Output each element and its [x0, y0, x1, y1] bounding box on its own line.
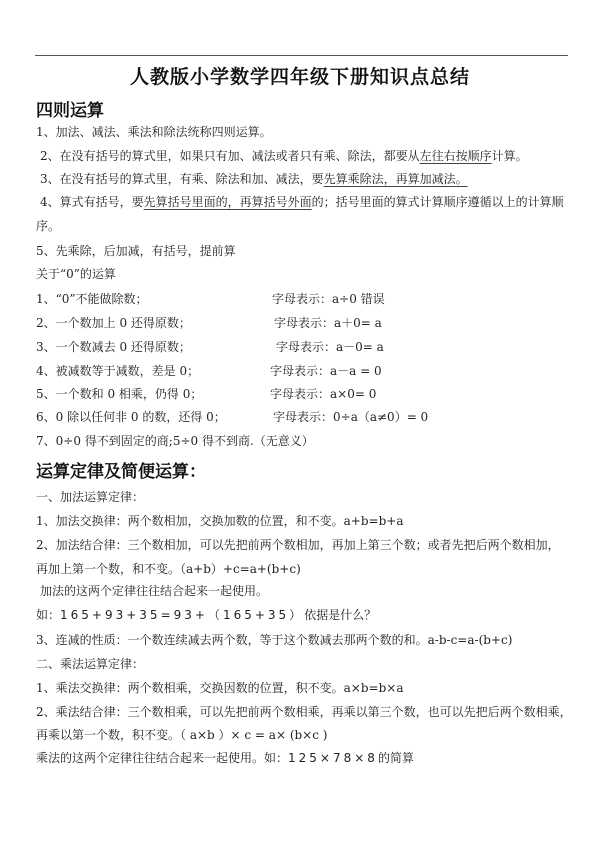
example-expression: 125×78×8 [288, 751, 378, 765]
underlined-text: 先算括号里面的，再算括号外面 [144, 195, 312, 209]
zero-rule: 3、一个数减去 0 还得原数； [36, 339, 191, 355]
list-item-continuation: 序。 [36, 218, 60, 234]
zero-formula: 字母表示：a－a = 0 [270, 363, 382, 379]
zero-note: 7、0÷0 得不到固定的商;5÷0 得不到商.（无意义） [36, 433, 314, 449]
subheading-multiplication: 二、乘法运算定律： [36, 656, 144, 672]
list-item: 2、加法结合律：三个数相加，可以先把前两个数相加，再加上第三个数；或者先把后两个… [36, 537, 560, 553]
example-addition: 如：165+93+35=93+（165+35）依据是什么？ [36, 607, 376, 623]
list-item: 4、算式有括号，要先算括号里面的，再算括号外面的；括号里面的算式计算顺序遵循以上… [40, 194, 564, 210]
list-item-continuation: 再乘以第一个数，积不变。（ a×b ）× c = a× (b×c ) [36, 727, 327, 743]
zero-rule: 4、被减数等于减数，差是 0； [36, 363, 199, 379]
subheading-addition: 一、加法运算定律： [36, 489, 144, 505]
section-heading-laws: 运算定律及简便运算： [36, 457, 206, 482]
list-item: 3、在没有括号的算式里，有乘、除法和加、减法，要先算乘除法，再算加减法。 [40, 171, 468, 187]
list-item: 2、乘法结合律：三个数相乘，可以先把前两个数相乘，再乘以第三个数，也可以先把后两… [36, 704, 572, 720]
list-item: 2、在没有括号的算式里，如果只有加、减法或者只有乘、除法，都要从左往右按顺序计算… [40, 148, 528, 164]
section-heading-four-operations: 四则运算 [36, 96, 104, 121]
zero-formula: 字母表示：a÷0 错误 [272, 291, 385, 307]
note: 加法的这两个定律往往结合起来一起使用。 [40, 583, 268, 599]
zero-rule: 1、“0”不能做除数； [36, 291, 148, 307]
zero-rule: 6、0 除以任何非 0 的数，还得 0； [36, 409, 226, 425]
zero-formula: 字母表示：a＋0= a [274, 315, 382, 331]
list-item: 1、乘法交换律：两个数相乘，交换因数的位置，积不变。a×b=b×a [36, 680, 403, 696]
list-item-continuation: 再加上第一个数，和不变。（a+b）+c=a+(b+c) [36, 561, 301, 577]
underlined-text: 左往右按顺序 [420, 149, 492, 163]
header-rule [35, 55, 568, 56]
list-item: 5、先乘除，后加减，有括号，提前算 [36, 243, 236, 259]
list-item: 1、加法、减法、乘法和除法统称四则运算。 [36, 124, 272, 140]
list-item: 1、加法交换律：两个数相加，交换加数的位置，和不变。a+b=b+a [36, 513, 403, 529]
zero-formula: 字母表示：a×0= 0 [270, 386, 376, 402]
zero-formula: 字母表示：0÷a（a≠0）= 0 [273, 409, 428, 425]
document-title: 人教版小学数学四年级下册知识点总结 [0, 62, 600, 89]
zero-rule: 2、一个数加上 0 还得原数； [36, 315, 191, 331]
zero-formula: 字母表示：a－0= a [276, 339, 384, 355]
example-expression: 165+93+35=93+（165+35） [60, 608, 304, 622]
zero-rule: 5、一个数和 0 相乘，仍得 0； [36, 386, 202, 402]
subheading-zero: 关于“0”的运算 [36, 266, 116, 282]
underlined-text: 先算乘除法，再算加减法。 [324, 172, 468, 186]
list-item: 3、连减的性质：一个数连续减去两个数，等于这个数减去那两个数的和。a-b-c=a… [36, 632, 512, 648]
example-multiplication: 乘法的这两个定律往往结合起来一起使用。如：125×78×8的简算 [36, 750, 414, 766]
